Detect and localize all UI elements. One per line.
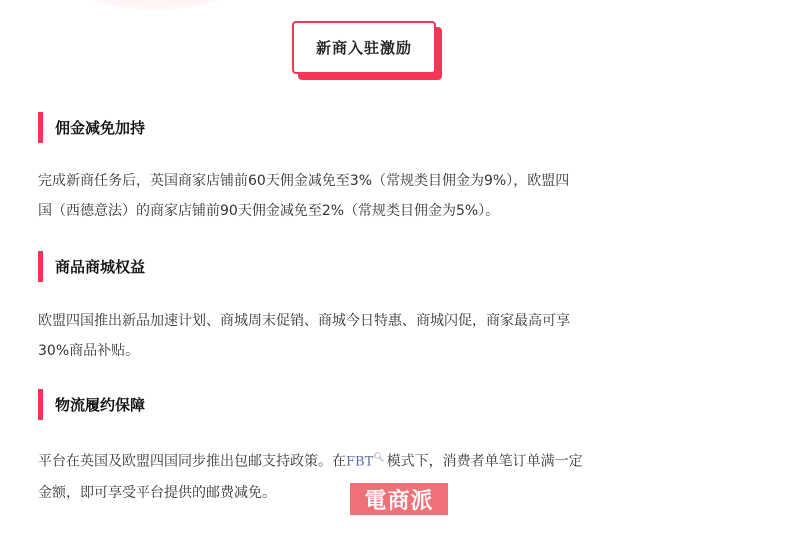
paragraph-line: 欧盟四国推出新品加速计划、商城周末促销、商城今日特惠、商城闪促，商家最高可享 (38, 306, 718, 336)
watermark-logo: 電商派 (350, 483, 448, 515)
section-heading-logistics: 物流履约保障 (38, 389, 145, 420)
fbt-link[interactable]: FBT (346, 455, 373, 470)
paragraph-line: 完成新商任务后，英国商家店铺前60天佣金减免至3%（常规类目佣金为9%），欧盟四 (38, 166, 718, 196)
section-heading-commission: 佣金减免加持 (38, 112, 145, 143)
decorative-blob (60, 0, 250, 10)
accent-bar (38, 389, 43, 420)
paragraph-line: 国（西德意法）的商家店铺前90天佣金减免至2%（常规类目佣金为5%）。 (38, 196, 718, 226)
search-icon[interactable]: 🔍︎ (373, 453, 384, 463)
paragraph-line: 30%商品补贴。 (38, 336, 718, 366)
text-segment: 平台在英国及欧盟四国同步推出包邮支持政策。在 (38, 454, 346, 470)
section-title-badge: 新商入驻激励 (292, 21, 436, 74)
section-heading-mall: 商品商城权益 (38, 251, 145, 282)
page-title: 新商入驻激励 (292, 21, 436, 74)
paragraph-mall: 欧盟四国推出新品加速计划、商城周末促销、商城今日特惠、商城闪促，商家最高可享 3… (38, 306, 718, 366)
section-heading-text: 佣金减免加持 (55, 117, 145, 138)
section-heading-text: 物流履约保障 (55, 394, 145, 415)
text-segment: 模式下，消费者单笔订单满一定 (387, 454, 583, 470)
paragraph-commission: 完成新商任务后，英国商家店铺前60天佣金减免至3%（常规类目佣金为9%），欧盟四… (38, 166, 718, 226)
section-heading-text: 商品商城权益 (55, 256, 145, 277)
accent-bar (38, 112, 43, 143)
paragraph-line: 平台在英国及欧盟四国同步推出包邮支持政策。在FBT🔍︎模式下，消费者单笔订单满一… (38, 443, 718, 478)
accent-bar (38, 251, 43, 282)
